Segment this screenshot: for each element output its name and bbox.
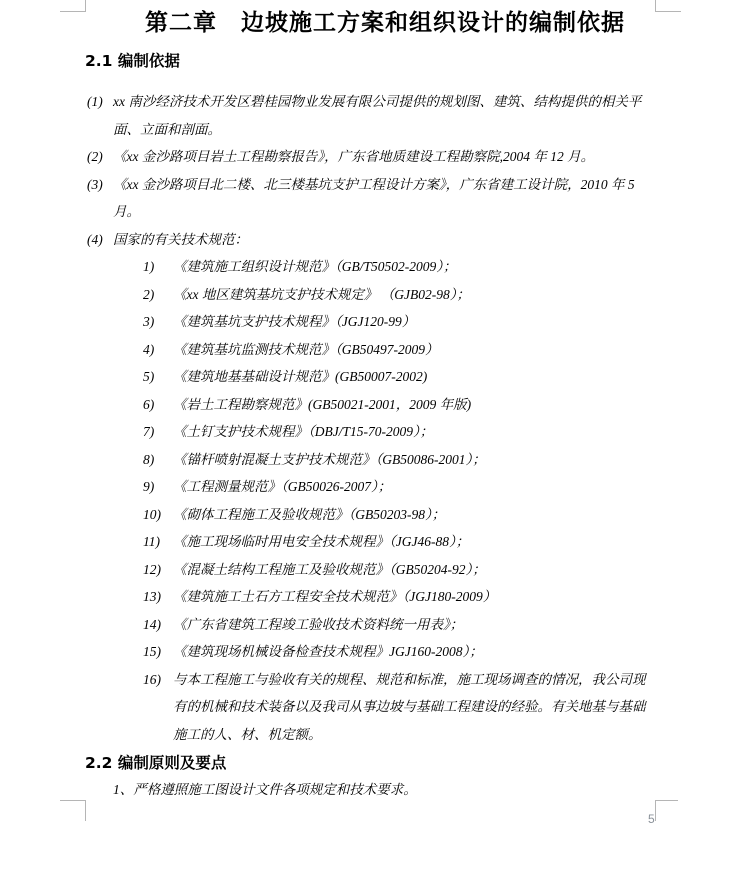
text-body: 第二章 边坡施工方案和组织设计的编制依据 2.1 编制依据 (1) xx 南沙经… — [85, 6, 655, 804]
list-subitem: 4) 《建筑基坑监测技术规范》（GB50497-2009） — [85, 336, 655, 364]
item-number: 3) — [143, 308, 154, 336]
item-number: 1、 — [113, 782, 133, 797]
item-text: xx 南沙经济技术开发区碧桂园物业发展有限公司提供的规划图、建筑、结构提供的相关… — [113, 94, 641, 137]
list-subitem: 3) 《建筑基坑支护技术规程》（JGJ120-99） — [85, 308, 655, 336]
item-text: 《土钉支护技术规程》（DBJ/T15-70-2009）； — [173, 424, 433, 439]
item-number: 16) — [143, 666, 161, 694]
item-text: 《建筑现场机械设备检查技术规程》JGJ160-2008）； — [173, 644, 483, 659]
item-number: 8) — [143, 446, 154, 474]
item-text: 《xx 金沙路项目北二楼、北三楼基坑支护工程设计方案》，广东省建工设计院，201… — [113, 177, 635, 220]
item-number: 14) — [143, 611, 161, 639]
item-number: 7) — [143, 418, 154, 446]
item-number: 11) — [143, 528, 160, 556]
item-number: 1) — [143, 253, 154, 281]
item-number: (4) — [87, 226, 103, 254]
item-number: 10) — [143, 501, 161, 529]
page-number: 5 — [648, 812, 655, 826]
item-number: 12) — [143, 556, 161, 584]
item-number: (2) — [87, 143, 103, 171]
item-text: 《工程测量规范》（GB50026-2007）； — [173, 479, 391, 494]
item-text: 国家的有关技术规范： — [113, 232, 248, 247]
item-text: 与本工程施工与验收有关的规程、规范和标准，施工现场调查的情况，我公司现有的机械和… — [173, 672, 646, 742]
item-text: 《建筑施工组织设计规范》（GB/T50502-2009）； — [173, 259, 457, 274]
list-subitem: 11) 《施工现场临时用电安全技术规程》（JGJ46-88）； — [85, 528, 655, 556]
list-item: 1、严格遵照施工图设计文件各项规定和技术要求。 — [113, 776, 655, 804]
item-number: 15) — [143, 638, 161, 666]
list-subitem: 7) 《土钉支护技术规程》（DBJ/T15-70-2009）； — [85, 418, 655, 446]
list-subitem: 6) 《岩土工程勘察规范》(GB50021-2001，2009 年版) — [85, 391, 655, 419]
list-subitem: 9) 《工程测量规范》（GB50026-2007）； — [85, 473, 655, 501]
item-text: 《锚杆喷射混凝土支护技术规范》（GB50086-2001）； — [173, 452, 486, 467]
list-subitem: 13) 《建筑施工土石方工程安全技术规范》（JGJ180-2009） — [85, 583, 655, 611]
item-text: 《建筑基坑支护技术规程》（JGJ120-99） — [173, 314, 415, 329]
section-2-2-heading: 2.2 编制原则及要点 — [85, 750, 655, 776]
chapter-title: 第二章 边坡施工方案和组织设计的编制依据 — [85, 6, 655, 40]
margin-mark-bottom-right — [655, 800, 678, 821]
item-number: 5) — [143, 363, 154, 391]
list-item: (3) 《xx 金沙路项目北二楼、北三楼基坑支护工程设计方案》，广东省建工设计院… — [85, 171, 655, 226]
item-text: 《建筑施工土石方工程安全技术规范》（JGJ180-2009） — [173, 589, 496, 604]
item-number: 4) — [143, 336, 154, 364]
item-number: (3) — [87, 171, 103, 199]
list-subitem: 12) 《混凝土结构工程施工及验收规范》（GB50204-92）； — [85, 556, 655, 584]
list-item: (4) 国家的有关技术规范： — [85, 226, 655, 254]
item-text: 《施工现场临时用电安全技术规程》（JGJ46-88）； — [173, 534, 469, 549]
reference-list: (1) xx 南沙经济技术开发区碧桂园物业发展有限公司提供的规划图、建筑、结构提… — [85, 88, 655, 748]
list-subitem: 8) 《锚杆喷射混凝土支护技术规范》（GB50086-2001）； — [85, 446, 655, 474]
list-subitem: 2) 《xx 地区建筑基坑支护技术规定》 （GJB02-98）； — [85, 281, 655, 309]
list-subitem: 16) 与本工程施工与验收有关的规程、规范和标准，施工现场调查的情况，我公司现有… — [85, 666, 655, 749]
item-text: 《岩土工程勘察规范》(GB50021-2001，2009 年版) — [173, 397, 471, 412]
margin-mark-bottom-left — [60, 800, 86, 821]
list-subitem: 1) 《建筑施工组织设计规范》（GB/T50502-2009）； — [85, 253, 655, 281]
list-subitem: 14) 《广东省建筑工程竣工验收技术资料统一用表》； — [85, 611, 655, 639]
item-text: 《xx 金沙路项目岩土工程勘察报告》，广东省地质建设工程勘察院,2004 年 1… — [113, 149, 594, 164]
item-number: (1) — [87, 88, 103, 116]
item-text: 《广东省建筑工程竣工验收技术资料统一用表》； — [173, 617, 463, 632]
item-text: 《建筑地基基础设计规范》(GB50007-2002) — [173, 369, 427, 384]
list-subitem: 5) 《建筑地基基础设计规范》(GB50007-2002) — [85, 363, 655, 391]
item-text: 《xx 地区建筑基坑支护技术规定》 （GJB02-98）； — [173, 287, 470, 302]
item-number: 13) — [143, 583, 161, 611]
margin-mark-top-left — [60, 0, 86, 12]
list-subitem: 15) 《建筑现场机械设备检查技术规程》JGJ160-2008）； — [85, 638, 655, 666]
item-number: 6) — [143, 391, 154, 419]
margin-mark-top-right — [655, 0, 681, 12]
list-subitem: 10) 《砌体工程施工及验收规范》（GB50203-98）； — [85, 501, 655, 529]
item-number: 9) — [143, 473, 154, 501]
item-text: 《砌体工程施工及验收规范》（GB50203-98）； — [173, 507, 445, 522]
item-text: 严格遵照施工图设计文件各项规定和技术要求。 — [133, 782, 417, 797]
item-text: 《混凝土结构工程施工及验收规范》（GB50204-92）； — [173, 562, 486, 577]
document-page: 第二章 边坡施工方案和组织设计的编制依据 2.1 编制依据 (1) xx 南沙经… — [0, 0, 735, 875]
item-text: 《建筑基坑监测技术规范》（GB50497-2009） — [173, 342, 439, 357]
item-number: 2) — [143, 281, 154, 309]
list-item: (2) 《xx 金沙路项目岩土工程勘察报告》，广东省地质建设工程勘察院,2004… — [85, 143, 655, 171]
list-item: (1) xx 南沙经济技术开发区碧桂园物业发展有限公司提供的规划图、建筑、结构提… — [85, 88, 655, 143]
section-2-1-heading: 2.1 编制依据 — [85, 48, 655, 74]
